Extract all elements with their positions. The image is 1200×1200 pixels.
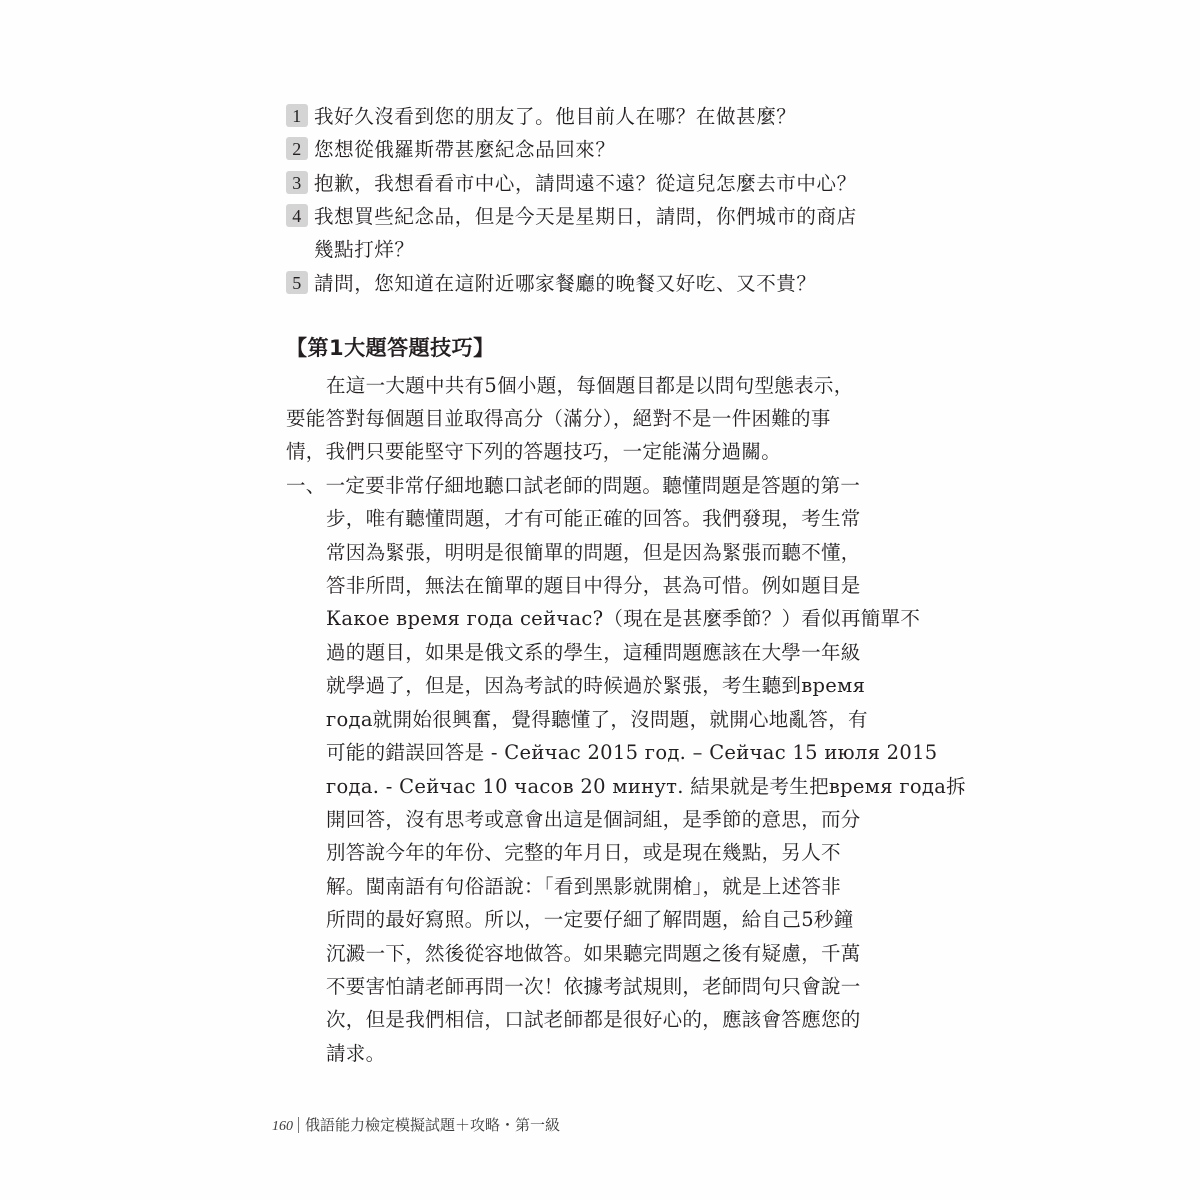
- question-number-badge: 3: [286, 171, 308, 194]
- paragraph-line: 就學過了，但是，因為考試的時候過於緊張，考生聽到время: [326, 670, 865, 698]
- paragraph-line: 要能答對每個題目並取得高分（滿分），絕對不是一件困難的事: [286, 403, 831, 431]
- question-number-badge: 1: [286, 104, 308, 127]
- paragraph-line: 別答說今年的年份、完整的年月日，或是現在幾點，另人不: [326, 837, 841, 865]
- paragraph-line: 解。閩南語有句俗語說：「看到黑影就開槍」，就是上述答非: [326, 871, 841, 899]
- question-item-3: 3抱歉，我想看看市中心，請問遠不遠？從這兒怎麼去市中心？: [286, 168, 857, 196]
- question-number-badge: 4: [286, 204, 308, 227]
- question-text: 請問，您知道在這附近哪家餐廳的晚餐又好吃、又不貴？: [314, 272, 817, 295]
- book-title: 俄語能力檢定模擬試題＋攻略・第一級: [305, 1116, 560, 1134]
- question-text: 抱歉，我想看看市中心，請問遠不遠？從這兒怎麼去市中心？: [314, 172, 857, 195]
- question-item-4-continuation: 幾點打烊？: [314, 234, 415, 262]
- paragraph-line: 可能的錯誤回答是 - Сейчас 2015 год. – Сейчас 15 …: [326, 737, 938, 765]
- footer-divider: [298, 1117, 299, 1133]
- paragraph-line: 沉澱一下，然後從容地做答。如果聽完問題之後有疑慮，千萬: [326, 938, 861, 966]
- paragraph-line: года. - Сейчас 10 часов 20 минут. 結果就是考生…: [326, 771, 966, 799]
- question-item-4: 4我想買些紀念品，但是今天是星期日，請問，你們城市的商店: [286, 201, 857, 229]
- section-heading: 【第1大題答題技巧】: [286, 332, 495, 362]
- page-footer: 160俄語能力檢定模擬試題＋攻略・第一級: [272, 1114, 560, 1135]
- paragraph-line: 不要害怕請老師再問一次！依據考試規則，老師問句只會說一: [326, 971, 861, 999]
- paragraph-line: 過的題目，如果是俄文系的學生，這種問題應該在大學一年級: [326, 637, 861, 665]
- paragraph-line: Какое время года сейчас?（現在是甚麼季節？）看似再簡單不: [326, 603, 920, 631]
- book-page: 1我好久沒看到您的朋友了。他目前人在哪？在做甚麼？ 2您想從俄羅斯帶甚麼紀念品回…: [0, 0, 1200, 1200]
- paragraph-line: 所問的最好寫照。所以，一定要仔細了解問題，給自己5秒鐘: [326, 904, 854, 932]
- question-number-badge: 5: [286, 271, 308, 294]
- paragraph-line: 開回答，沒有思考或意會出這是個詞組，是季節的意思，而分: [326, 804, 861, 832]
- question-number-badge: 2: [286, 137, 308, 160]
- paragraph-line: 答非所問，無法在簡單的題目中得分，甚為可惜。例如題目是: [326, 570, 861, 598]
- paragraph-line: 情，我們只要能堅守下列的答題技巧，一定能滿分過關。: [286, 436, 781, 464]
- paragraph-line: года就開始很興奮，覺得聽懂了，沒問題，就開心地亂答，有: [326, 704, 868, 732]
- paragraph-line: 常因為緊張，明明是很簡單的問題，但是因為緊張而聽不懂，: [326, 537, 861, 565]
- paragraph-line: 次，但是我們相信，口試老師都是很好心的，應該會答應您的: [326, 1004, 861, 1032]
- question-text: 您想從俄羅斯帶甚麼紀念品回來？: [314, 138, 616, 161]
- question-text: 幾點打烊？: [314, 238, 415, 261]
- question-text: 我好久沒看到您的朋友了。他目前人在哪？在做甚麼？: [314, 105, 796, 128]
- question-text: 我想買些紀念品，但是今天是星期日，請問，你們城市的商店: [314, 205, 857, 228]
- question-item-2: 2您想從俄羅斯帶甚麼紀念品回來？: [286, 134, 616, 162]
- paragraph-line: 一、一定要非常仔細地聽口試老師的問題。聽懂問題是答題的第一: [286, 470, 860, 498]
- question-item-5: 5請問，您知道在這附近哪家餐廳的晚餐又好吃、又不貴？: [286, 268, 817, 296]
- paragraph-line: 在這一大題中共有5個小題，每個題目都是以問句型態表示，: [326, 370, 854, 398]
- page-number: 160: [272, 1119, 293, 1134]
- question-item-1: 1我好久沒看到您的朋友了。他目前人在哪？在做甚麼？: [286, 101, 796, 129]
- paragraph-line: 步，唯有聽懂問題，才有可能正確的回答。我們發現，考生常: [326, 503, 861, 531]
- paragraph-line: 請求。: [326, 1038, 385, 1066]
